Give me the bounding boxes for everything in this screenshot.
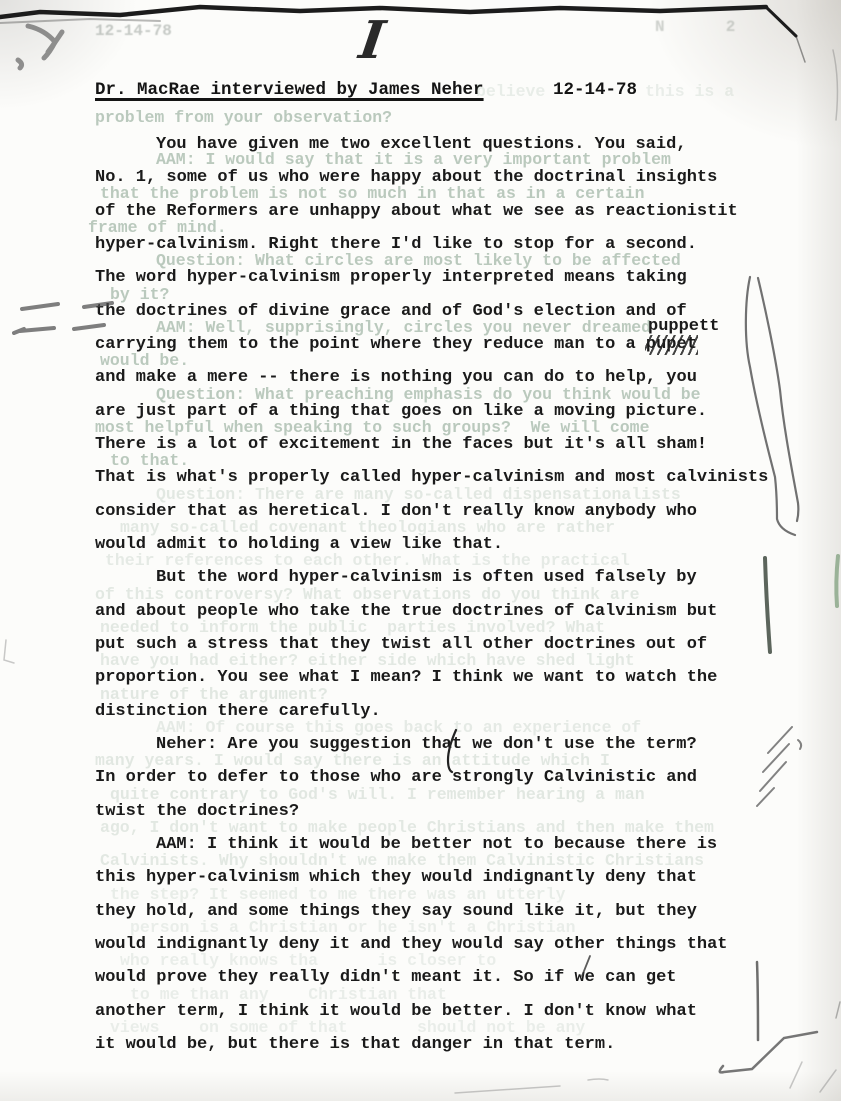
scan-shading-top-left <box>0 0 150 120</box>
typed-line: twist the doctrines? <box>95 803 299 820</box>
typed-line: this hyper-calvinism which they would in… <box>95 869 697 886</box>
typed-line: hyper-calvinism. Right there I'd like to… <box>95 236 697 253</box>
typed-line: of the Reformers are unhappy about what … <box>95 203 738 220</box>
right-margin-bar-mark <box>765 558 770 652</box>
typed-line: it would be, but there is that danger in… <box>95 1036 615 1053</box>
typed-line: and make a mere -- there is nothing you … <box>95 369 697 386</box>
ghost-bleedthrough-line: AAM: I would say that it is a very impor… <box>156 152 671 169</box>
handwritten-numeral-I: I <box>356 10 389 71</box>
typed-line: But the word hyper-calvinism is often us… <box>156 569 697 586</box>
typed-line: That is what's properly called hyper-cal… <box>95 469 768 486</box>
typed-line: and about people who take the true doctr… <box>95 603 717 620</box>
scan-shading-right-edge <box>796 0 841 1101</box>
typed-line: are just part of a thing that goes on li… <box>95 403 707 420</box>
typed-line: consider that as heretical. I don't real… <box>95 503 697 520</box>
page-title: Dr. MacRae interviewed by James Neher <box>95 80 484 100</box>
ghost-bleedthrough-line: this is a <box>645 84 734 101</box>
typed-line: put such a stress that they twist all ot… <box>95 636 707 653</box>
typed-line: No. 1, some of us who were happy about t… <box>95 169 717 186</box>
corner-smudge-mark <box>18 26 62 68</box>
ghost-bleedthrough-line: problem from your observation? <box>95 110 392 127</box>
typed-line: they hold, and some things they say soun… <box>95 903 697 920</box>
typed-line: Neher: Are you suggestion that we don't … <box>156 736 697 753</box>
document-page: 12-14-78 N 2 I Dr. MacRae interviewed by… <box>0 0 841 1101</box>
typed-line: another term, I think it would be better… <box>95 1003 697 1020</box>
hash-marks <box>757 727 801 806</box>
page-title-date: 12-14-78 <box>553 80 637 100</box>
scan-shading-bottom-edge <box>0 1071 841 1101</box>
typed-line: The word hyper-calvinism properly interp… <box>95 269 687 286</box>
inserted-correction-word: puppett <box>648 318 719 335</box>
typed-line: the doctrines of divine grace and of God… <box>95 303 687 320</box>
struck-word: pupet <box>646 336 697 353</box>
bottom-right-zigzag-mark <box>720 1002 840 1072</box>
typed-line: would admit to holding a view like that. <box>95 536 503 553</box>
typed-line: would indignantly deny it and they would… <box>95 936 728 953</box>
bottom-right-bar-mark <box>757 962 758 1040</box>
faint-header-date: 12-14-78 <box>95 22 172 40</box>
right-margin-wavy-lines-mark <box>746 277 799 535</box>
typed-line: There is a lot of excitement in the face… <box>95 436 707 453</box>
faint-page-number: N 2 <box>655 18 749 36</box>
typed-line: distinction there carefully. <box>95 703 381 720</box>
typed-line: proportion. You see what I mean? I think… <box>95 669 717 686</box>
typed-line: AAM: I think it would be better not to b… <box>156 836 717 853</box>
typed-line: In order to defer to those who are stron… <box>95 769 697 786</box>
typed-line: You have given me two excellent question… <box>156 136 687 153</box>
ghost-bleedthrough-line: believe <box>476 84 545 101</box>
typed-line: carrying them to the point where they re… <box>95 336 697 353</box>
typed-line: would prove they really didn't meant it.… <box>95 969 677 986</box>
green-edge-smudge-mark <box>836 556 838 606</box>
ghost-bleedthrough-line: that the problem is not so much in that … <box>100 186 645 203</box>
